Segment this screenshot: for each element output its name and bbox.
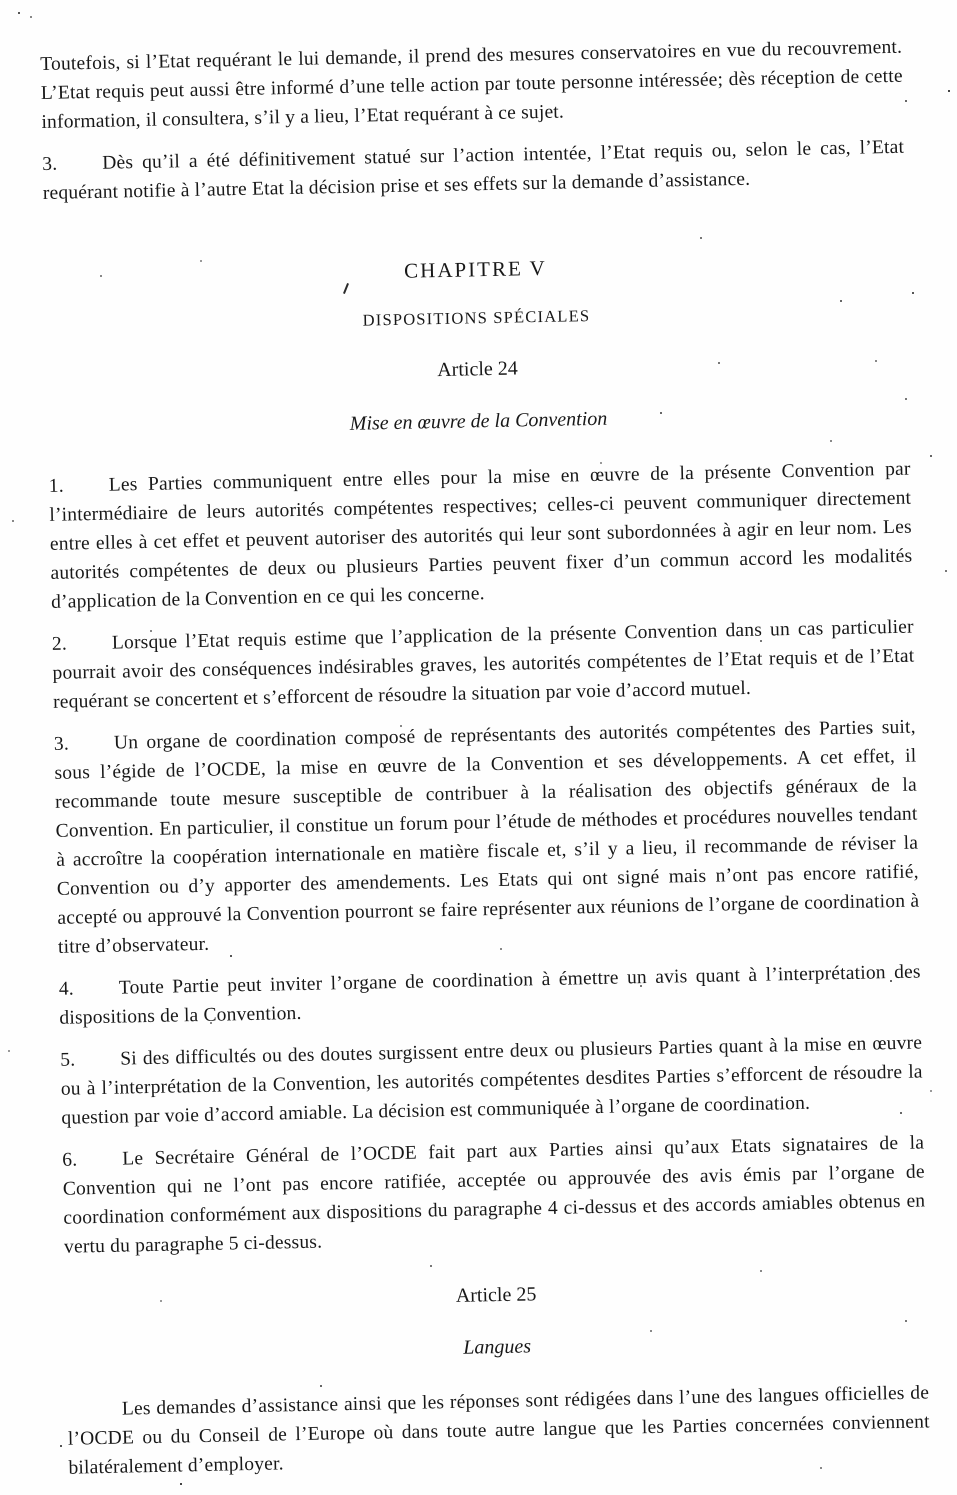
paragraph-number: 1.	[48, 471, 73, 500]
paragraph-number: 3.	[42, 149, 67, 178]
article-24-paragraph-4: 4.Toute Partie peut inviter l’organe de …	[59, 958, 922, 1033]
paragraph-numbered-3-top: 3.Dès qu’il a été définitivement statué …	[42, 133, 905, 208]
paragraph-number: 4.	[59, 974, 84, 1003]
article-25-paragraph: Les demandes d’assistance ainsi que les …	[67, 1378, 931, 1482]
paragraph-text: Si des difficultés ou des doutes surgiss…	[61, 1032, 923, 1128]
article-24-paragraph-5: 5.Si des difficultés ou des doutes surgi…	[60, 1028, 924, 1132]
paragraph-continuation: Toutefois, si l’Etat requérant le lui de…	[40, 33, 904, 137]
paragraph-text: Les Parties communiquent entre elles pou…	[49, 459, 912, 613]
article-25-heading: Article 25	[65, 1272, 927, 1317]
article-24-paragraph-6: 6.Le Secrétaire Général de l’OCDE fait p…	[62, 1128, 926, 1261]
paragraph-number: 2.	[52, 629, 77, 658]
chapter-title: CHAPITRE V	[44, 247, 906, 292]
article-24-paragraph-2: 2.Lorsque l’Etat requis estime que l’app…	[52, 613, 916, 717]
article-24-heading: Article 24	[46, 347, 908, 392]
article-24-subheading: Mise en œuvre de la Convention	[47, 399, 909, 444]
paragraph-text: Toute Partie peut inviter l’organe de co…	[59, 962, 921, 1029]
paragraph-number: 5.	[60, 1045, 85, 1074]
scanned-document-page: Toutefois, si l’Etat requérant le lui de…	[0, 0, 957, 1495]
article-24-paragraph-3: 3.Un organe de coordination composé de r…	[54, 713, 920, 962]
chapter-subtitle: DISPOSITIONS SPÉCIALES	[45, 299, 907, 338]
article-24-paragraph-1: 1.Les Parties communiquent entre elles p…	[48, 455, 913, 617]
scan-noise-speckles	[0, 0, 2, 2]
paragraph-text: Le Secrétaire Général de l’OCDE fait par…	[63, 1132, 926, 1257]
paragraph-text: Lorsque l’Etat requis estime que l’appli…	[52, 617, 914, 713]
paragraph-text: Dès qu’il a été définitivement statué su…	[43, 137, 905, 204]
document-content: Toutefois, si l’Etat requérant le lui de…	[40, 33, 931, 1483]
paragraph-number: 3.	[54, 729, 79, 758]
paragraph-text: Un organe de coordination composé de rep…	[54, 717, 919, 958]
article-25-subheading: Langues	[66, 1324, 928, 1369]
paragraph-number: 6.	[62, 1145, 87, 1174]
